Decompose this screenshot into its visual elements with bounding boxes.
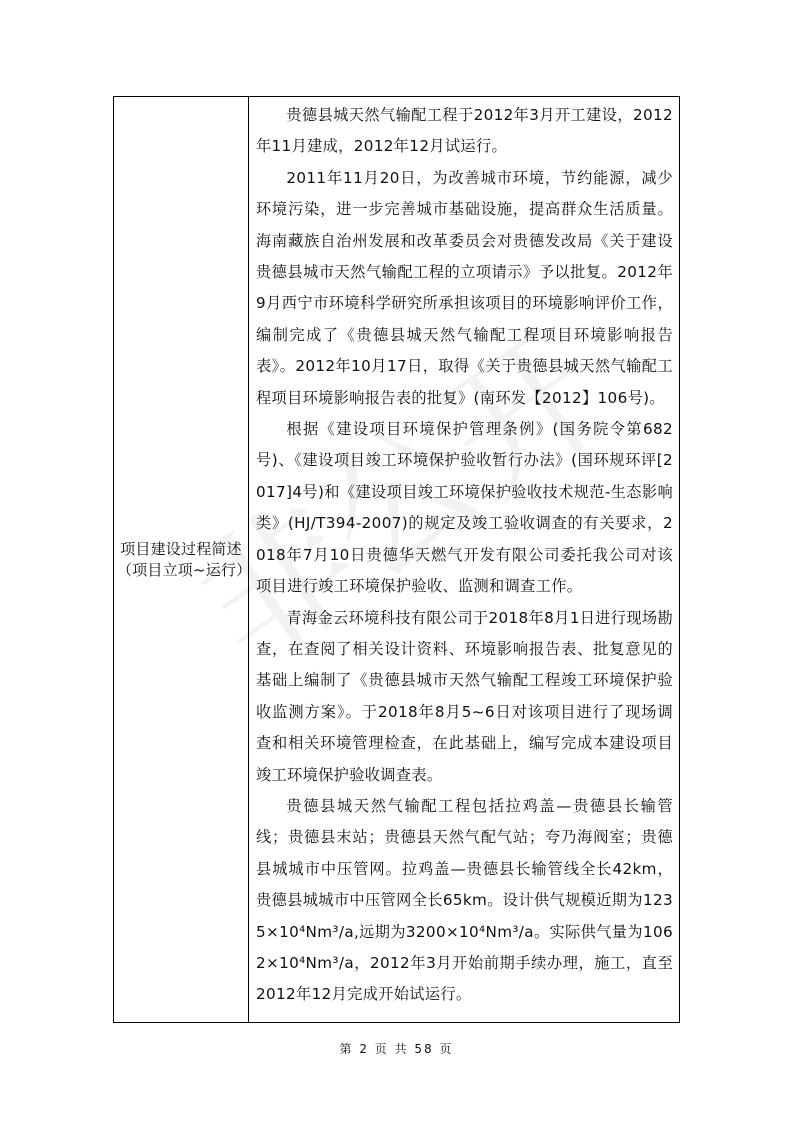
paragraph-site-survey: 青海金云环境科技有限公司于2018年8月1日进行现场勘查，在查阅了相关设计资料、… [256, 603, 673, 791]
paragraph-regulations: 根据《建设项目环境保护管理条例》(国务院令第682号)、《建设项目竣工环境保护验… [256, 414, 673, 602]
content-cell: 贵德县城天然气输配工程于2012年3月开工建设，2012年11月建成，2012年… [250, 97, 679, 1022]
page-number-footer: 第 2 页 共 58 页 [0, 1040, 793, 1057]
paragraph-construction-dates: 贵德县城天然气输配工程于2012年3月开工建设，2012年11月建成，2012年… [256, 100, 673, 163]
label-cell: 项目建设过程简述（项目立项~运行） [114, 97, 249, 1022]
row-label: 项目建设过程简述（项目立项~运行） [117, 539, 245, 581]
paragraph-project-scope: 贵德县城天然气输配工程包括拉鸡盖—贵德县长输管线；贵德县末站；贵德县天然气配气站… [256, 791, 673, 1011]
paragraph-approval-history: 2011年11月20日，为改善城市环境，节约能源，减少环境污染，进一步完善城市基… [256, 163, 673, 414]
project-process-table: 项目建设过程简述（项目立项~运行） 贵德县城天然气输配工程于2012年3月开工建… [113, 96, 680, 1023]
